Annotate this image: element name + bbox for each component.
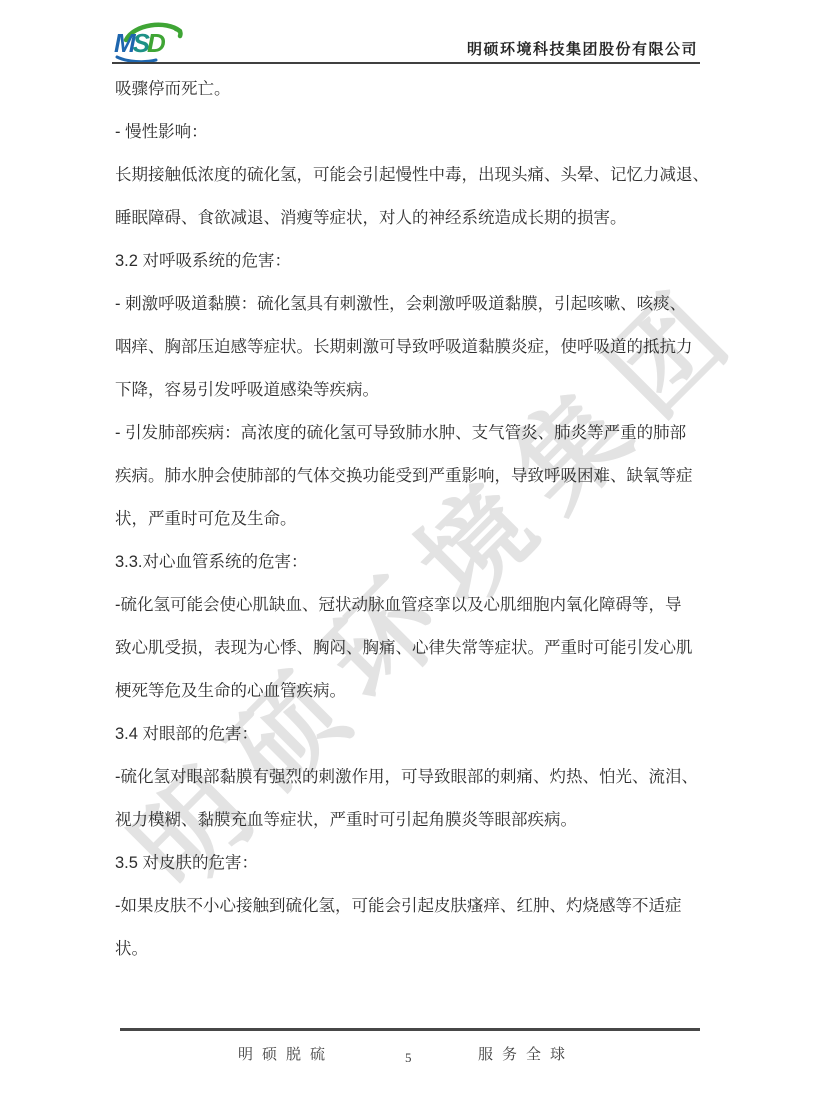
body-line: 下降，容易引发呼吸道感染等疾病。 [115, 369, 715, 412]
body-line: 状，严重时可危及生命。 [115, 498, 715, 541]
body-line-section-heading: 3.5 对皮肤的危害： [115, 842, 715, 885]
body-line: 视力模糊、黏膜充血等症状，严重时可引起角膜炎等眼部疾病。 [115, 799, 715, 842]
logo-letter-m: M [114, 28, 133, 58]
company-name: 明硕环境科技集团股份有限公司 [467, 38, 698, 59]
body-line: 梗死等危及生命的心血管疾病。 [115, 670, 715, 713]
page-number: 5 [405, 1050, 412, 1066]
logo-letter-s: S [133, 28, 147, 58]
page-footer: 明硕脱硫 5 服务全球 [0, 1020, 822, 1090]
body-line: - 引发肺部疾病：高浓度的硫化氢可导致肺水肿、支气管炎、肺炎等严重的肺部 [115, 412, 715, 455]
body-line: - 刺激呼吸道黏膜：硫化氢具有刺激性，会刺激呼吸道黏膜，引起咳嗽、咳痰、 [115, 283, 715, 326]
body-line-section-heading: 3.2 对呼吸系统的危害： [115, 240, 715, 283]
body-line: 咽痒、胸部压迫感等症状。长期刺激可导致呼吸道黏膜炎症，使呼吸道的抵抗力 [115, 326, 715, 369]
body-line-section-heading: 3.3.对心血管系统的危害： [115, 541, 715, 584]
msd-logo: MSD [112, 20, 190, 64]
document-page: 明硕环境集团 MSD 明硕环境科技集团股份有限公司 吸骤停而死亡。 - 慢性影响… [0, 0, 822, 1096]
logo-letters: MSD [114, 30, 163, 56]
header-rule [112, 62, 700, 64]
body-line: 状。 [115, 928, 715, 971]
logo-letter-d: D [147, 28, 163, 58]
body-line: 睡眠障碍、食欲减退、消瘦等症状，对人的神经系统造成长期的损害。 [115, 197, 715, 240]
body-line: 长期接触低浓度的硫化氢，可能会引起慢性中毒，出现头痛、头晕、记忆力减退、 [115, 154, 715, 197]
body-line: -硫化氢可能会使心肌缺血、冠状动脉血管痉挛以及心肌细胞内氧化障碍等，导 [115, 584, 715, 627]
body-line: - 慢性影响： [115, 111, 715, 154]
footer-slogan-left: 明硕脱硫 [238, 1043, 334, 1064]
footer-rule [120, 1028, 700, 1031]
body-line-section-heading: 3.4 对眼部的危害： [115, 713, 715, 756]
body-line: 疾病。肺水肿会使肺部的气体交换功能受到严重影响，导致呼吸困难、缺氧等症 [115, 455, 715, 498]
body-line: -硫化氢对眼部黏膜有强烈的刺激作用，可导致眼部的刺痛、灼热、怕光、流泪、 [115, 756, 715, 799]
body-line: -如果皮肤不小心接触到硫化氢，可能会引起皮肤瘙痒、红肿、灼烧感等不适症 [115, 885, 715, 928]
body-line: 致心肌受损，表现为心悸、胸闷、胸痛、心律失常等症状。严重时可能引发心肌 [115, 627, 715, 670]
page-header: MSD 明硕环境科技集团股份有限公司 [0, 0, 822, 70]
body-line: 吸骤停而死亡。 [115, 68, 715, 111]
footer-slogan-right: 服务全球 [478, 1043, 574, 1064]
document-body: 吸骤停而死亡。 - 慢性影响： 长期接触低浓度的硫化氢，可能会引起慢性中毒，出现… [115, 68, 715, 971]
